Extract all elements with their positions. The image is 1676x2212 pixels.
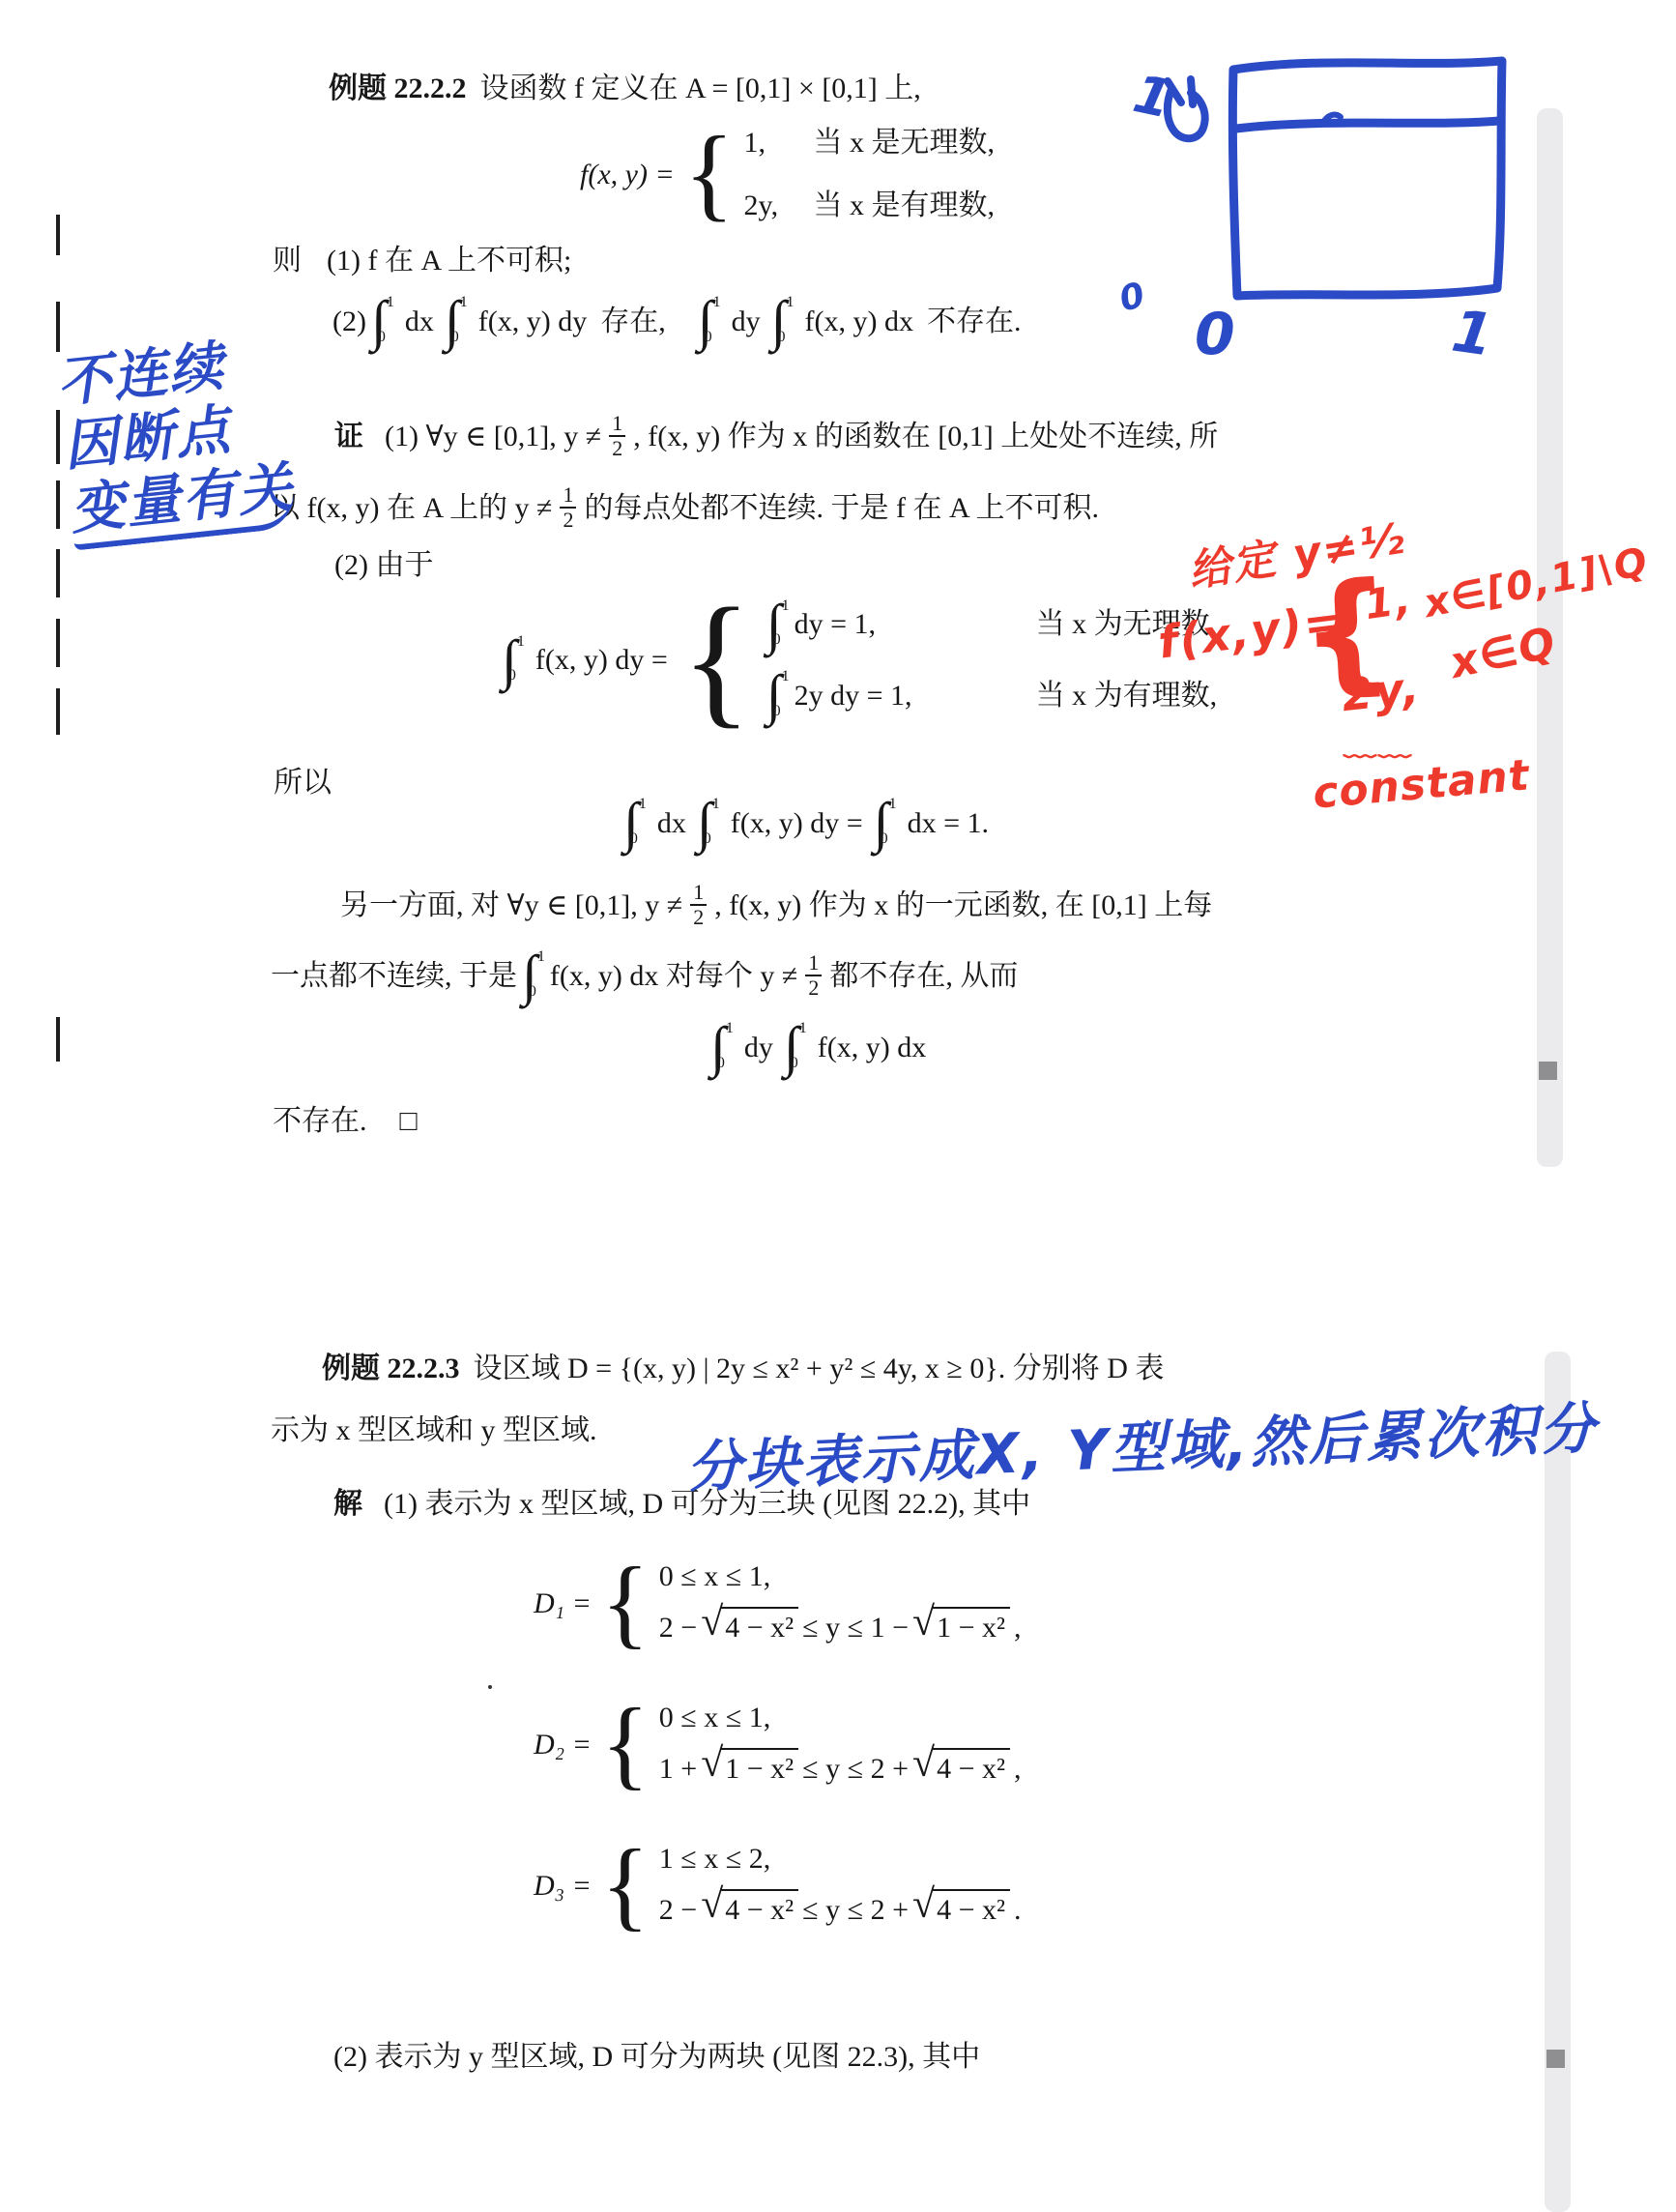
case-condition: 当 x 为有理数, [1036,677,1218,714]
integral: ∫10 [697,794,720,851]
claim2-label: (2) [332,303,366,340]
denominator: 2 [609,435,625,460]
dx-word: dx [405,303,434,340]
dy-word: dy [732,303,761,340]
qed-box: □ [400,1105,418,1137]
margin-tick [56,619,60,667]
denominator: 2 [560,507,576,532]
example-222-intro: 设函数 f 定义在 A = [0,1] × [0,1] 上, [480,73,921,104]
example-223-intro2-line: 示为 x 型区域和 y 型区域. [271,1412,597,1449]
integral: ∫10 [766,596,790,653]
sqrt-sign: √ [701,1743,723,1784]
upper-limit: 1 [782,598,790,614]
sqrt: √1 − x² [701,1748,798,1789]
sqrt: √4 − x² [912,1889,1010,1930]
example-223-intro: 设区域 D = {(x, y) | 2y ≤ x² + y² ≤ 4y, x ≥… [474,1353,1165,1384]
equation-dy-dx: ∫10 dy ∫10 f(x, y) dx [706,1009,932,1085]
integral: ∫10 [784,1018,807,1075]
part2-text: (2) 表示为 y 型区域, D 可分为两块 (见图 22.3), 其中 [333,2041,980,2073]
cases-brace: { [601,1557,650,1649]
fraction-one-half: 12 [690,881,707,929]
upper-limit: 1 [782,669,790,684]
handwritten-blue-bottom-note: 分块表示成X, Y型域,然后累次积分 [685,1383,1600,1502]
edge-marker [1539,1062,1557,1080]
proof1-b: , f(x, y) 作为 x 的函数在 [0,1] 上处处不连续, 所 [633,418,1218,455]
then-word: 则 [273,245,302,276]
another-e: 都不存在, 从而 [829,957,1018,995]
part2-line: (2) 表示为 y 型区域, D 可分为两块 (见图 22.3), 其中 [333,2038,980,2076]
numerator: 1 [693,881,704,904]
axis-label-zero-bottom: 0 [1195,301,1235,368]
fraction-one-half: 12 [560,483,576,532]
integral-limits: 10 [889,794,897,851]
end-line: 不存在.□ [273,1102,418,1140]
dy-word: dy [744,1029,773,1066]
integral: ∫10 [445,292,468,349]
margin-tick [56,215,60,255]
case-row: 2y, 当 x 是有理数, [744,187,996,224]
region-d3: D₃ = { 1 ≤ x ≤ 2, 2 − √4 − x² ≤ y ≤ 2 + … [534,1821,1022,1949]
region-line2: 1 + √1 − x² ≤ y ≤ 2 + √4 − x² , [659,1748,1022,1789]
region-d1: D₁ = { 0 ≤ x ≤ 1, 2 − √4 − x² ≤ y ≤ 1 − … [534,1539,1022,1667]
numerator: 1 [612,412,622,435]
not-exist-word: 不存在. [273,1105,367,1137]
radicand: 4 − x² [932,1889,1010,1929]
claim2-line: (2) ∫10 dx ∫10 f(x, y) dy 存在, ∫10 dy ∫10… [332,286,1022,356]
case-value: 1, [744,124,814,161]
lower-limit: 0 [791,1056,807,1071]
fraction-one-half: 12 [609,412,625,460]
radicand: 4 − x² [932,1748,1010,1788]
example-222-title: 例题 22.2.2 [329,73,467,104]
integral: ∫10 [623,794,647,851]
claim1-text: (1) f 在 A 上不可积; [327,245,571,276]
proof2-label-line: (2) 由于 [334,546,433,584]
integral: ∫10 [874,794,897,851]
integral: ∫10 [698,292,721,349]
equation-iterated-equals-one: ∫10 dx ∫10 f(x, y) dy = ∫10 dx = 1. [619,785,995,860]
sqrt-sign: √ [912,1602,935,1643]
lower-limit: 0 [717,1056,734,1071]
region-line1: 1 ≤ x ≤ 2, [659,1840,1022,1877]
another-d: f(x, y) dx 对每个 y ≠ [550,957,797,995]
red-note-wavy-underline: ﹏﹏ [1344,717,1413,765]
edge-marker [1546,2050,1565,2068]
upper-limit: 1 [889,797,897,812]
integral: ∫10 [771,292,795,349]
another-c: 一点都不连续, 于是 [271,957,517,995]
fxy-definition: f(x, y) = { 1, 当 x 是无理数, 2y, 当 x 是有理数, [580,106,995,242]
numerator: 1 [563,483,573,507]
eqcases-lhs: f(x, y) dy = [535,641,668,679]
bound-pre: 2 − [659,1609,697,1646]
claim1-line: 则(1) f 在 A 上不可积; [273,242,571,279]
upper-limit: 1 [787,295,795,310]
sqrt-sign: √ [701,1884,723,1925]
region-name: D₁ = [534,1585,592,1622]
example-223-title: 例题 22.2.3 [322,1353,460,1384]
region-line1: 0 ≤ x ≤ 1, [659,1699,1022,1736]
example-223-intro2: 示为 x 型区域和 y 型区域. [271,1414,597,1446]
upper-limit: 1 [639,797,647,812]
denominator: 2 [805,975,822,1000]
integral: ∫10 [522,946,545,1004]
lower-limit: 0 [630,831,647,847]
integral: ∫10 [371,292,394,349]
upper-limit: 1 [726,1021,734,1036]
cases-brace: { [684,126,735,221]
not-exists-word: 不存在. [927,303,1022,340]
fdy-word: f(x, y) dy [478,303,587,340]
scribble-mark [1168,79,1205,138]
textbook-page: 例题 22.2.2设函数 f 定义在 A = [0,1] × [0,1] 上, … [0,0,1676,2212]
ink-dot [488,1685,492,1689]
another-b: , f(x, y) 作为 x 的一元函数, 在 [0,1] 上每 [714,887,1212,924]
radicand: 4 − x² [720,1889,798,1929]
margin-tick [56,1017,60,1062]
fxy-lhs: f(x, y) = [580,156,675,193]
another-line2: 一点都不连续, 于是 ∫10 f(x, y) dx 对每个 y ≠ 12 都不存… [271,940,1018,1011]
integral-limits: 10 [387,292,394,349]
integral-limits: 10 [460,292,468,349]
proof1-a: (1) ∀y ∈ [0,1], y ≠ [385,418,601,455]
integral-limits: 10 [712,794,720,851]
bound-pre: 1 + [659,1750,697,1788]
margin-tick [56,480,60,529]
region-line2: 2 − √4 − x² ≤ y ≤ 1 − √1 − x² , [659,1607,1022,1647]
sqrt-sign: √ [912,1884,935,1925]
case-condition: 当 x 是无理数, [814,124,996,161]
case-body: 2y dy = 1, [795,677,1036,714]
upper-limit: 1 [387,295,394,310]
suoyi-word: 所以 [274,767,332,799]
integral: ∫10 [710,1018,734,1075]
integral-limits: 10 [782,666,790,723]
region-name: D₂ = [534,1726,592,1763]
case-value: 2y, [744,187,814,224]
case-condition: 当 x 是有理数, [814,187,996,224]
solution-label: 解 [333,1488,362,1520]
lower-limit: 0 [778,330,795,345]
handwritten-left-note: 不连续 因断点 变量有关 [54,329,298,550]
fdx-word: f(x, y) dx [805,303,913,340]
bound-tail: , [1014,1609,1022,1646]
case-row: 1, 当 x 是无理数, [744,124,996,161]
sqrt: √4 − x² [701,1889,798,1930]
fdx-word: f(x, y) dx [818,1029,926,1066]
integral-limits: 10 [537,946,545,1004]
integral-limits: 10 [517,631,525,688]
example-223-title-line: 例题 22.2.3设区域 D = {(x, y) | 2y ≤ x² + y² … [322,1350,1164,1387]
integral-limits: 10 [787,292,795,349]
suoyi-line: 所以 [274,764,332,801]
dx-equals-one-word: dx = 1. [908,804,989,842]
proof-line1: 证 (1) ∀y ∈ [0,1], y ≠ 12 , f(x, y) 作为 x … [334,406,1218,466]
region-d2: D₂ = { 0 ≤ x ≤ 1, 1 + √1 − x² ≤ y ≤ 2 + … [534,1680,1022,1808]
upper-limit: 1 [712,797,720,812]
case-row: ∫10 dy = 1, 当 x 为无理数, [762,596,1217,653]
cases-brace: { [601,1839,650,1932]
sqrt: √4 − x² [701,1607,798,1647]
dx-word: dx [657,804,686,842]
lower-limit: 0 [508,668,525,684]
lower-limit: 0 [704,831,720,847]
sqrt-sign: √ [701,1602,723,1643]
proof-line2: 以 f(x, y) 在 A 上的 y ≠ 12 的每点处都不连续. 于是 f 在… [271,478,1099,538]
lower-limit: 0 [705,330,721,345]
fdy-equals-word: f(x, y) dy = [731,804,863,842]
region-line1: 0 ≤ x ≤ 1, [659,1557,1022,1595]
upper-limit: 1 [537,949,545,965]
sqrt: √1 − x² [912,1607,1010,1647]
another-line1: 另一方面, 对 ∀y ∈ [0,1], y ≠ 12 , f(x, y) 作为 … [340,875,1212,935]
bound-mid: ≤ y ≤ 2 + [802,1891,909,1929]
lower-limit: 0 [378,330,394,345]
margin-tick [56,302,60,352]
cases-brace: { [601,1698,650,1790]
radicand: 1 − x² [932,1607,1010,1646]
another-a: 另一方面, 对 ∀y ∈ [0,1], y ≠ [340,887,682,924]
red-note-case1-value: 1, [1362,575,1416,628]
lower-limit: 0 [773,704,790,719]
fraction-one-half: 12 [805,951,822,1000]
bound-mid: ≤ y ≤ 1 − [802,1609,909,1646]
horizontal-split-line [1236,121,1499,129]
lower-limit: 0 [529,984,545,1000]
denominator: 2 [690,904,707,929]
margin-tick [56,410,60,464]
case-row: ∫10 2y dy = 1, 当 x 为有理数, [762,666,1217,723]
radicand: 4 − x² [720,1607,798,1646]
cases-brace: { [681,593,752,728]
upper-limit: 1 [460,295,468,310]
square-outline [1232,61,1502,296]
integral-limits: 10 [782,596,790,653]
axis-label-one-bottom: 1 [1448,298,1497,370]
integral: ∫10 [502,631,525,688]
integral-limits: 10 [639,794,647,851]
lower-limit: 0 [451,330,468,345]
upper-limit: 1 [799,1021,807,1036]
region-line2: 2 − √4 − x² ≤ y ≤ 2 + √4 − x² . [659,1889,1022,1930]
bound-pre: 2 − [659,1891,697,1929]
red-note-case2-value: 2y, [1339,661,1423,721]
integral-limits: 10 [726,1018,734,1075]
upper-limit: 1 [517,634,525,650]
lower-limit: 0 [773,632,790,648]
proof2-label: (2) 由于 [334,549,433,581]
proof1-c: 以 f(x, y) 在 A 上的 y ≠ [271,489,552,527]
bound-tail: . [1014,1891,1022,1929]
integral-limits: 10 [713,292,721,349]
sqrt: √4 − x² [912,1748,1010,1789]
example-222-title-line: 例题 22.2.2设函数 f 定义在 A = [0,1] × [0,1] 上, [329,70,921,107]
region-name: D₃ = [534,1867,592,1905]
integral-limits: 10 [799,1018,807,1075]
cases-equation: ∫10 f(x, y) dy = { ∫10 dy = 1, 当 x 为无理数,… [497,566,1217,754]
numerator: 1 [808,951,819,975]
axis-label-zero-left: 0 [1115,276,1148,320]
unit-square-sketch: 1 0 0 1 [1110,35,1564,373]
page-edge-shadow [1545,1352,1571,2212]
proof1-d: 的每点处都不连续. 于是 f 在 A 上不可积. [584,489,1099,527]
sqrt-sign: √ [912,1743,935,1784]
case-body: dy = 1, [795,605,1036,643]
exists-word: 存在, [600,303,666,340]
bound-tail: , [1014,1750,1022,1788]
margin-tick [56,688,60,735]
radicand: 1 − x² [720,1748,798,1788]
lower-limit: 0 [881,831,897,847]
margin-tick [56,549,60,597]
integral: ∫10 [766,666,790,723]
upper-limit: 1 [713,295,721,310]
bound-mid: ≤ y ≤ 2 + [802,1750,909,1788]
proof-label: 证 [334,418,363,455]
